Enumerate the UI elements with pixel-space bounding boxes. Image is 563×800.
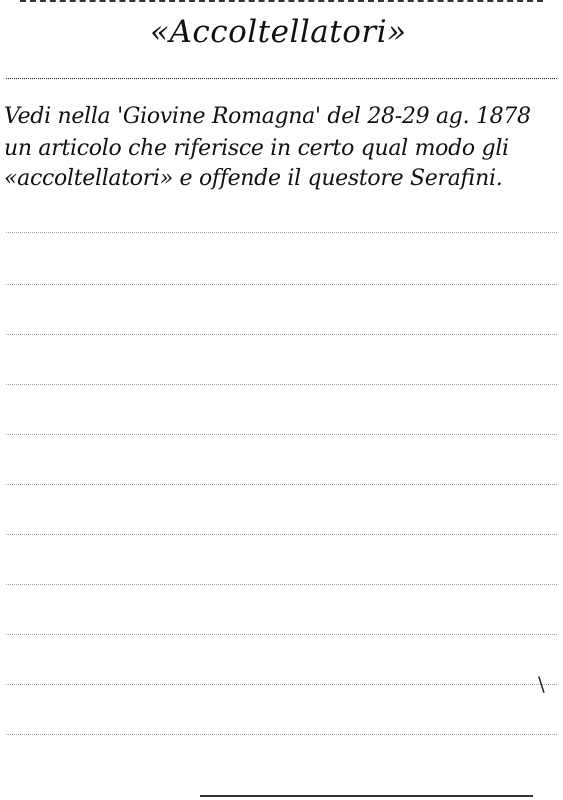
ruled-line bbox=[6, 484, 557, 485]
ruled-line bbox=[6, 734, 557, 735]
ruled-line bbox=[6, 232, 557, 233]
ruled-line bbox=[6, 434, 557, 435]
note-line-3: «accoltellatori» e offende il questore S… bbox=[4, 166, 502, 191]
note-line-2: un articolo che riferisce in certo qual … bbox=[4, 136, 509, 161]
ruled-line bbox=[6, 634, 557, 635]
ruled-line bbox=[6, 584, 557, 585]
scan-edge-bottom bbox=[200, 795, 533, 797]
scan-edge-top bbox=[20, 0, 543, 2]
card-title: «Accoltellatori» bbox=[150, 14, 407, 50]
ruled-line bbox=[6, 534, 557, 535]
ruled-line bbox=[6, 684, 557, 685]
note-line-1: Vedi nella 'Giovine Romagna' del 28-29 a… bbox=[4, 104, 531, 129]
ruled-line bbox=[6, 334, 557, 335]
ruled-line bbox=[6, 384, 557, 385]
ruled-line bbox=[6, 78, 557, 79]
ruled-line bbox=[6, 284, 557, 285]
stray-mark: \ bbox=[538, 672, 545, 696]
